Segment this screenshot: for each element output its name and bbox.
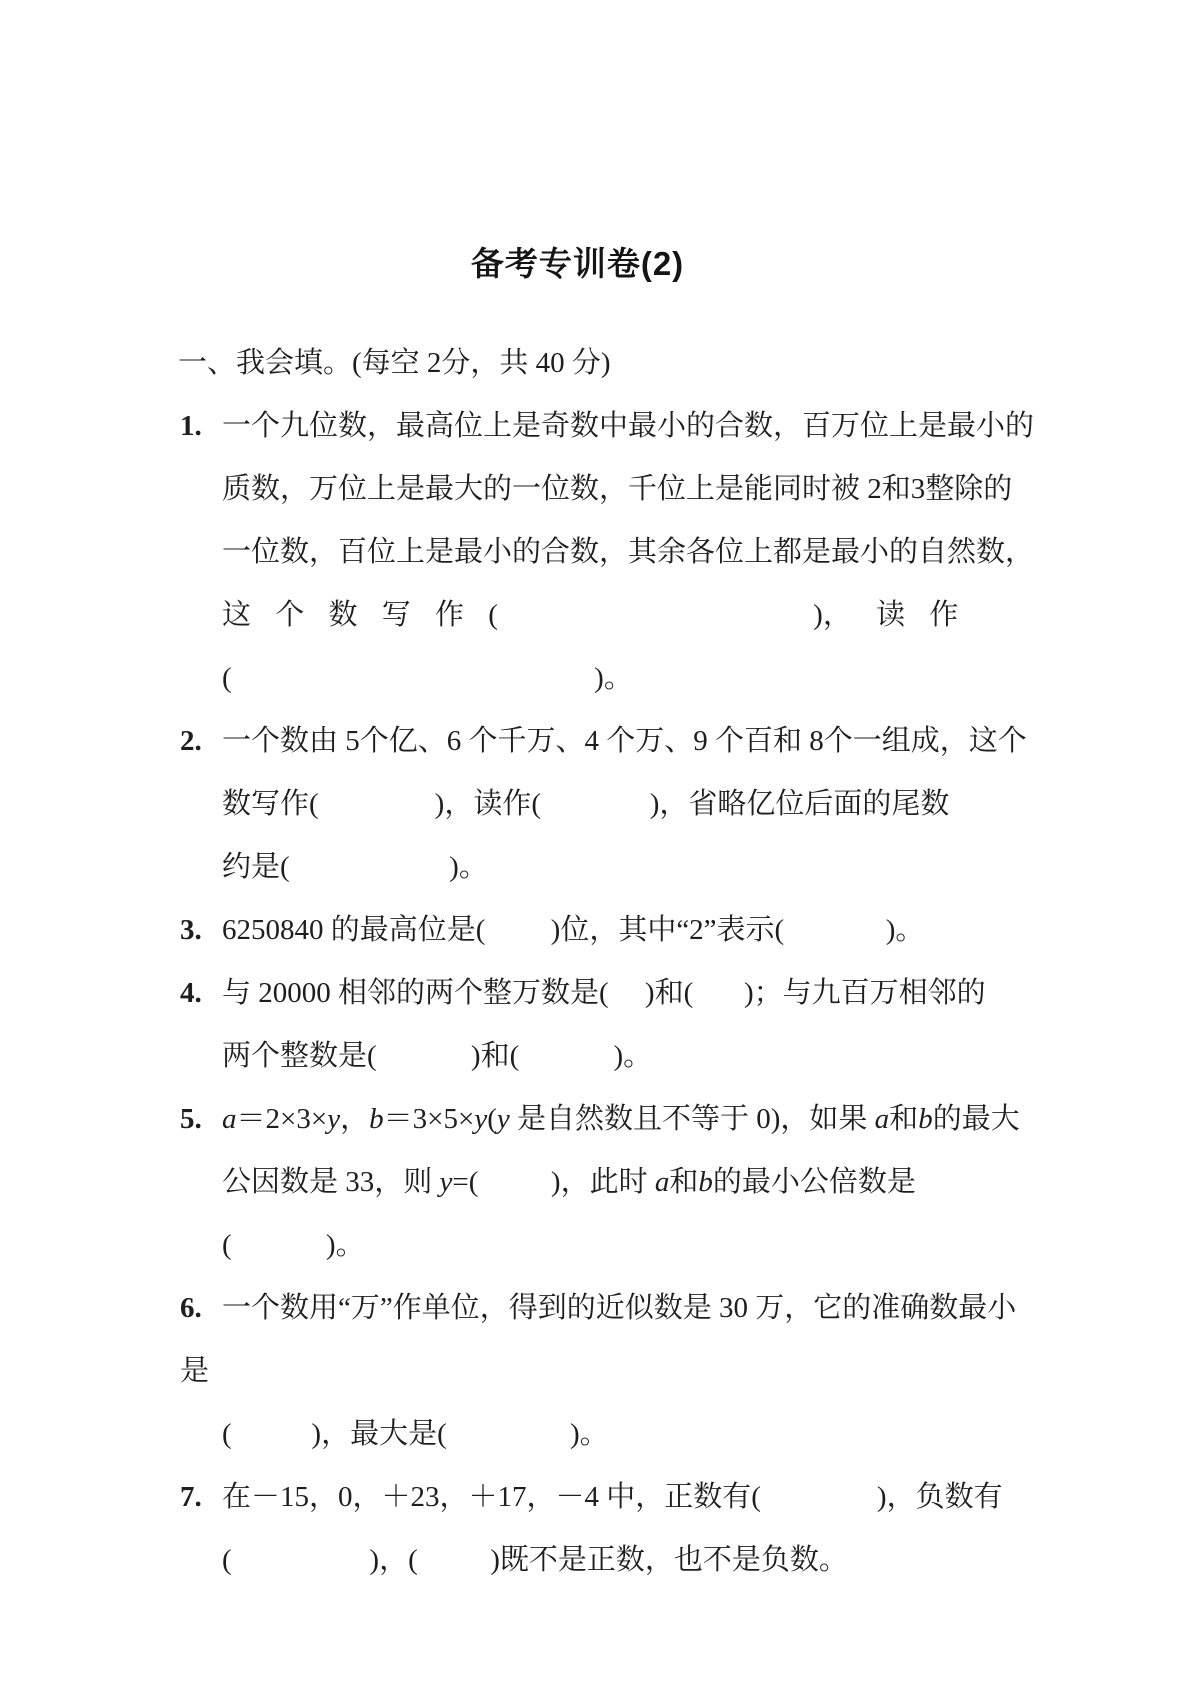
question-7-number: 7. <box>180 1466 222 1529</box>
question-7-text: 在－15，0，＋23，＋17，－4 中，正数有( )，负数有 <box>222 1481 1003 1513</box>
question-2: 2.一个数由 5个亿、6 个千万、4 个万、9 个百和 8个一组成，这个 数写作… <box>180 710 1040 899</box>
question-5-text: a＝2×3×y，b＝3×5×y(y 是自然数且不等于 0)，如果 a和b的最大 <box>222 1103 1020 1135</box>
question-3: 3.6250840 的最高位是( )位，其中“2”表示( )。 <box>180 899 1040 962</box>
question-3-number: 3. <box>180 899 222 962</box>
question-6-line-2: ( )，最大是( )。 <box>180 1403 1040 1466</box>
section-heading: 一、我会填。(每空 2分，共 40 分) <box>178 332 1040 395</box>
question-5-number: 5. <box>180 1088 222 1151</box>
question-1-line-4: 这 个 数 写 作 ( )， 读 作 <box>180 584 1040 647</box>
question-6-line-1: 6.一个数用“万”作单位，得到的近似数是 30 万，它的准确数最小是 <box>180 1277 1040 1403</box>
question-6-number: 6. <box>180 1277 222 1340</box>
question-1: 1.一个九位数，最高位上是奇数中最小的合数，百万位上是最小的 质数，万位上是最大… <box>180 395 1040 710</box>
question-1-number: 1. <box>180 395 222 458</box>
question-7-line-1: 7.在－15，0，＋23，＋17，－4 中，正数有( )，负数有 <box>180 1466 1040 1529</box>
exam-content: 一、我会填。(每空 2分，共 40 分) 1.一个九位数，最高位上是奇数中最小的… <box>180 332 1040 1592</box>
question-6: 6.一个数用“万”作单位，得到的近似数是 30 万，它的准确数最小是 ( )，最… <box>180 1277 1040 1466</box>
question-5-line-3: ( )。 <box>180 1214 1040 1277</box>
exam-paper-page: 备考专训卷(2) 一、我会填。(每空 2分，共 40 分) 1.一个九位数，最高… <box>0 0 1190 1682</box>
question-5: 5.a＝2×3×y，b＝3×5×y(y 是自然数且不等于 0)，如果 a和b的最… <box>180 1088 1040 1277</box>
question-1-line-3: 一位数，百位上是最小的合数，其余各位上都是最小的自然数， <box>180 521 1040 584</box>
question-3-text: 6250840 的最高位是( )位，其中“2”表示( )。 <box>222 914 924 946</box>
question-6-text: 一个数用“万”作单位，得到的近似数是 30 万，它的准确数最小是 <box>180 1292 1016 1387</box>
question-2-number: 2. <box>180 710 222 773</box>
question-5-line-1: 5.a＝2×3×y，b＝3×5×y(y 是自然数且不等于 0)，如果 a和b的最… <box>180 1088 1040 1151</box>
question-2-text: 一个数由 5个亿、6 个千万、4 个万、9 个百和 8个一组成，这个 <box>222 725 1027 757</box>
question-1-line-5: ( )。 <box>180 647 1040 710</box>
question-2-line-3: 约是( )。 <box>180 836 1040 899</box>
question-2-line-2: 数写作( )，读作( )，省略亿位后面的尾数 <box>180 773 1040 836</box>
question-1-line-2: 质数，万位上是最大的一位数，千位上是能同时被 2和3整除的 <box>180 458 1040 521</box>
question-7-line-2: ( )，( )既不是正数，也不是负数。 <box>180 1529 1040 1592</box>
question-4-text: 与 20000 相邻的两个整万数是( )和( )；与九百万相邻的 <box>222 977 986 1009</box>
question-4: 4.与 20000 相邻的两个整万数是( )和( )；与九百万相邻的 两个整数是… <box>180 962 1040 1088</box>
question-2-line-1: 2.一个数由 5个亿、6 个千万、4 个万、9 个百和 8个一组成，这个 <box>180 710 1040 773</box>
question-4-line-2: 两个整数是( )和( )。 <box>180 1025 1040 1088</box>
question-1-text: 一个九位数，最高位上是奇数中最小的合数，百万位上是最小的 <box>222 410 1034 442</box>
question-4-line-1: 4.与 20000 相邻的两个整万数是( )和( )；与九百万相邻的 <box>180 962 1040 1025</box>
question-3-line-1: 3.6250840 的最高位是( )位，其中“2”表示( )。 <box>180 899 1040 962</box>
question-1-line-1: 1.一个九位数，最高位上是奇数中最小的合数，百万位上是最小的 <box>180 395 1040 458</box>
page-title: 备考专训卷(2) <box>0 238 1155 285</box>
question-5-line-2: 公因数是 33，则 y=( )，此时 a和b的最小公倍数是 <box>180 1151 1040 1214</box>
question-4-number: 4. <box>180 962 222 1025</box>
question-7: 7.在－15，0，＋23，＋17，－4 中，正数有( )，负数有 ( )，( )… <box>180 1466 1040 1592</box>
